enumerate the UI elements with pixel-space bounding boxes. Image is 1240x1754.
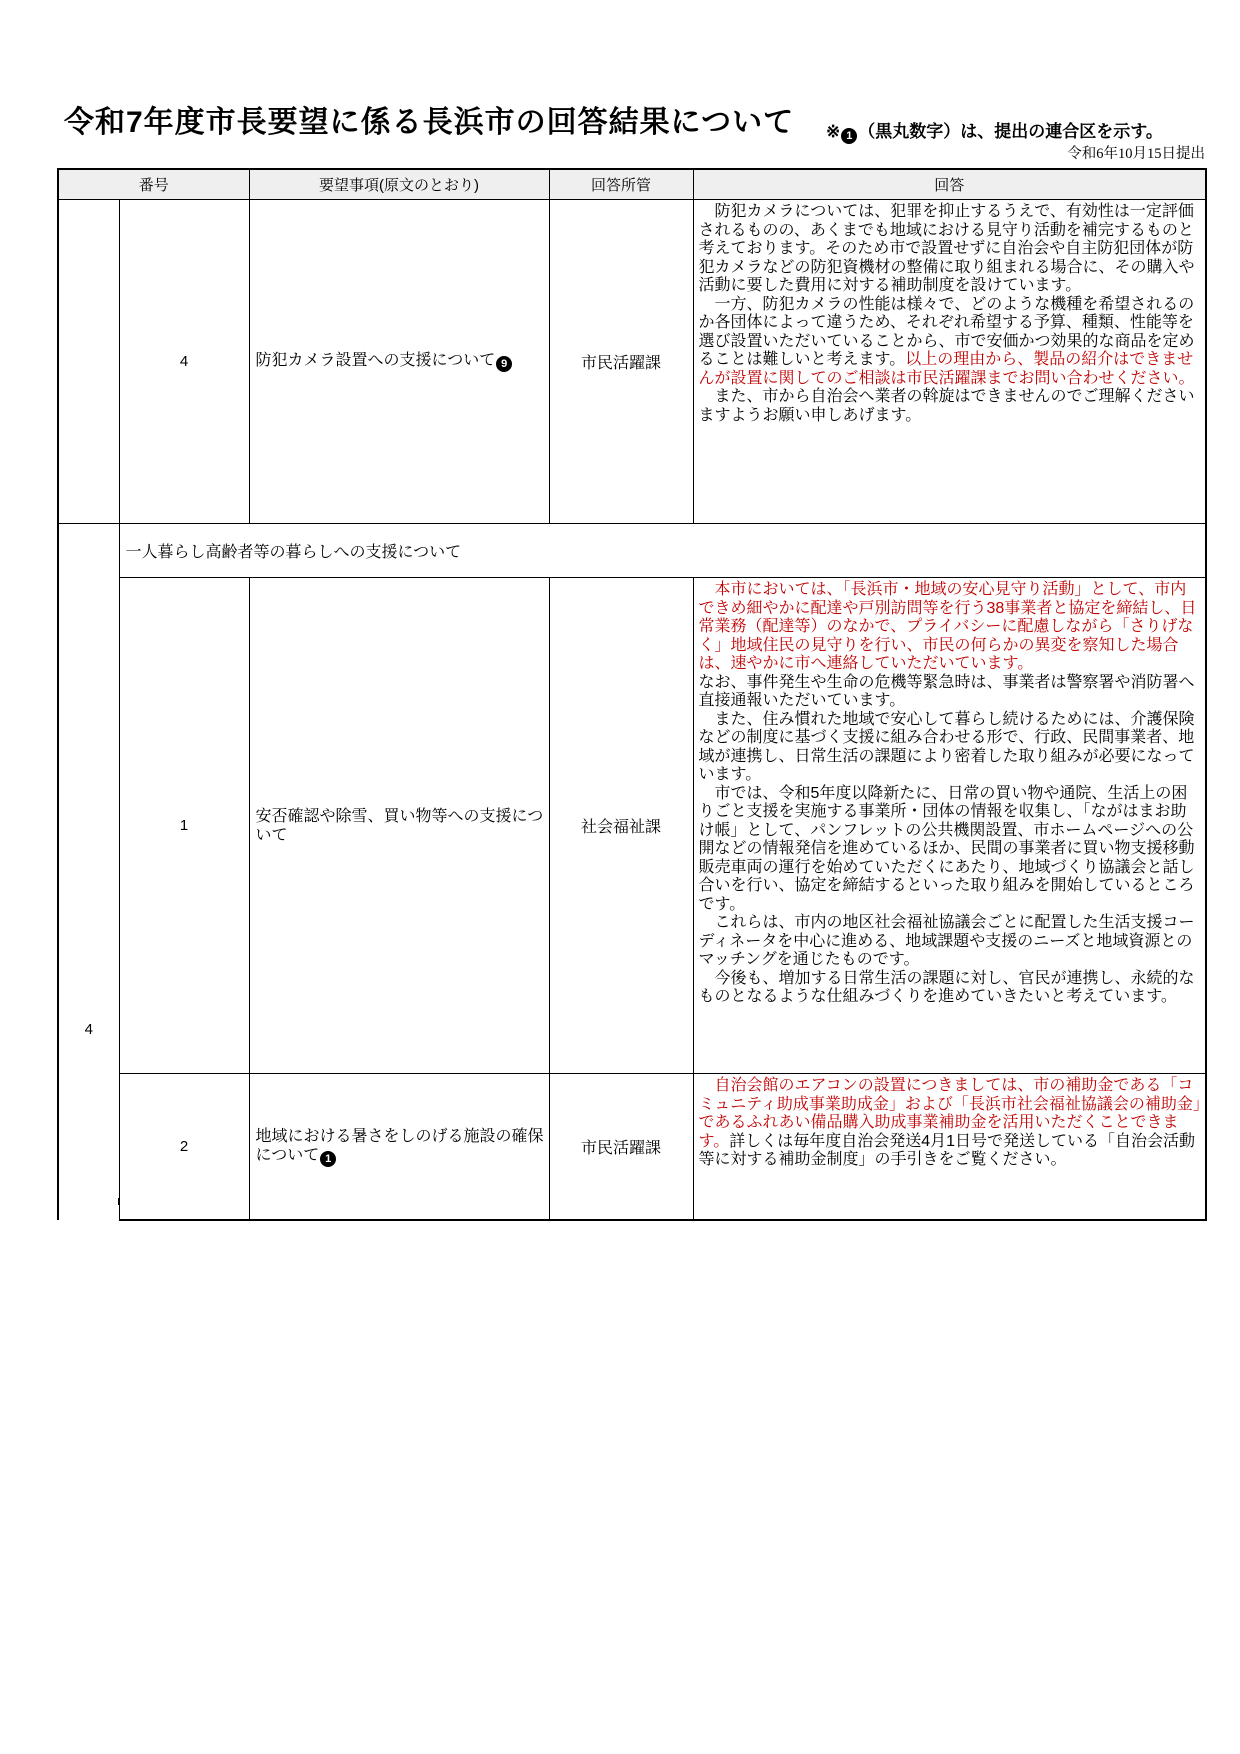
answer-paragraph: 自治会館のエアコンの設置につきましては、市の補助金である「コミュニティ助成事業助… (699, 1077, 1202, 1170)
legend-note: ※1（黒丸数字）は、提出の連合区を示す。 (826, 117, 1163, 144)
note-text: （黒丸数字）は、提出の連合区を示す。 (858, 122, 1163, 141)
answer-paragraph: また、市から自治会へ業者の斡旋はできませんのでご理解くださいますようお願い申しあ… (699, 388, 1202, 425)
table-row-bouhan-camera: 4 防犯カメラ設置への支援について9 市民活躍課 防犯カメラについては、犯罪を抑… (58, 200, 1206, 524)
request-item-text: 地域における暑さをしのげる施設の確保について (256, 1128, 544, 1164)
header-number: 番号 (58, 169, 249, 200)
answer-paragraph: 防犯カメラについては、犯罪を抑止するうえで、有効性は一定評価されるものの、あくま… (699, 203, 1202, 296)
results-table: 番号 要望事項(原文のとおり) 回答所管 回答 4 防犯カメラ設置への支援につい… (57, 168, 1207, 1221)
page-cut-border-divider (118, 1198, 119, 1205)
request-number: 1 (119, 578, 249, 1074)
group-number-cell-empty (58, 200, 119, 524)
answer-cell: 自治会館のエアコンの設置につきましては、市の補助金である「コミュニティ助成事業助… (693, 1074, 1206, 1221)
submission-date: 令和6年10月15日提出 (57, 142, 1205, 163)
note-prefix: ※ (826, 122, 840, 141)
answer-cell: 防犯カメラについては、犯罪を抑止するうえで、有効性は一定評価されるものの、あくま… (693, 200, 1206, 524)
group-number-cell: 4 (58, 524, 119, 1221)
answer-paragraph: なお、事件発生や生命の危機等緊急時は、事業者は警察署や消防署へ直接通報いただいて… (699, 674, 1202, 711)
group-number: 4 (59, 1021, 119, 1038)
table-row-atsusa-shisetsu: 2 地域における暑さをしのげる施設の確保について1 市民活躍課 自治会館のエアコ… (58, 1074, 1206, 1221)
department-name: 社会福祉課 (549, 578, 693, 1074)
answer-cell: 本市においては、「長浜市・地域の安心見守り活動」として、市内できめ細やかに配達や… (693, 578, 1206, 1074)
request-item-text: 防犯カメラ設置への支援について (256, 352, 496, 369)
page-title: 令和7年度市長要望に係る長浜市の回答結果について (64, 97, 794, 141)
request-number: 4 (119, 200, 249, 524)
page-cut-border-left (57, 1198, 59, 1205)
table-row-anpi-kakunin: 1 安否確認や除雪、買い物等への支援について 社会福祉課 本市においては、「長浜… (58, 578, 1206, 1074)
answer-paragraph: 今後も、増加する日常生活の課題に対し、官民が連携し、永続的なものとなるような仕組… (699, 970, 1202, 1007)
circled-9-icon: 9 (496, 356, 512, 372)
request-number: 2 (119, 1074, 249, 1221)
header-dept: 回答所管 (549, 169, 693, 200)
circled-1-icon: 1 (320, 1151, 336, 1167)
answer-paragraph: これらは、市内の地区社会福祉協議会ごとに配置した生活支援コーディネータを中心に進… (699, 914, 1202, 970)
answer-paragraph: 市では、令和5年度以降新たに、日常の買い物や通院、生活上の困りごと支援を実施する… (699, 785, 1202, 915)
request-item: 防犯カメラ設置への支援について9 (249, 200, 549, 524)
header-item: 要望事項(原文のとおり) (249, 169, 549, 200)
request-item-text: 安否確認や除雪、買い物等への支援について (256, 808, 544, 844)
request-item: 地域における暑さをしのげる施設の確保について1 (249, 1074, 549, 1221)
request-item: 安否確認や除雪、買い物等への支援について (249, 578, 549, 1074)
header-answer: 回答 (693, 169, 1206, 200)
section-title: 一人暮らし高齢者等の暮らしへの支援について (119, 524, 1206, 578)
department-name: 市民活躍課 (549, 1074, 693, 1221)
answer-paragraph: 本市においては、「長浜市・地域の安心見守り活動」として、市内できめ細やかに配達や… (699, 581, 1202, 674)
section-header-row: 4 一人暮らし高齢者等の暮らしへの支援について (58, 524, 1206, 578)
answer-paragraph: 一方、防犯カメラの性能は様々で、どのような機種を希望されるのか各団体によって違う… (699, 296, 1202, 389)
department-name: 市民活躍課 (549, 200, 693, 524)
table-header-row: 番号 要望事項(原文のとおり) 回答所管 回答 (58, 169, 1206, 200)
answer-paragraph: また、住み慣れた地域で安心して暮らし続けるためには、介護保険などの制度に基づく支… (699, 711, 1202, 785)
